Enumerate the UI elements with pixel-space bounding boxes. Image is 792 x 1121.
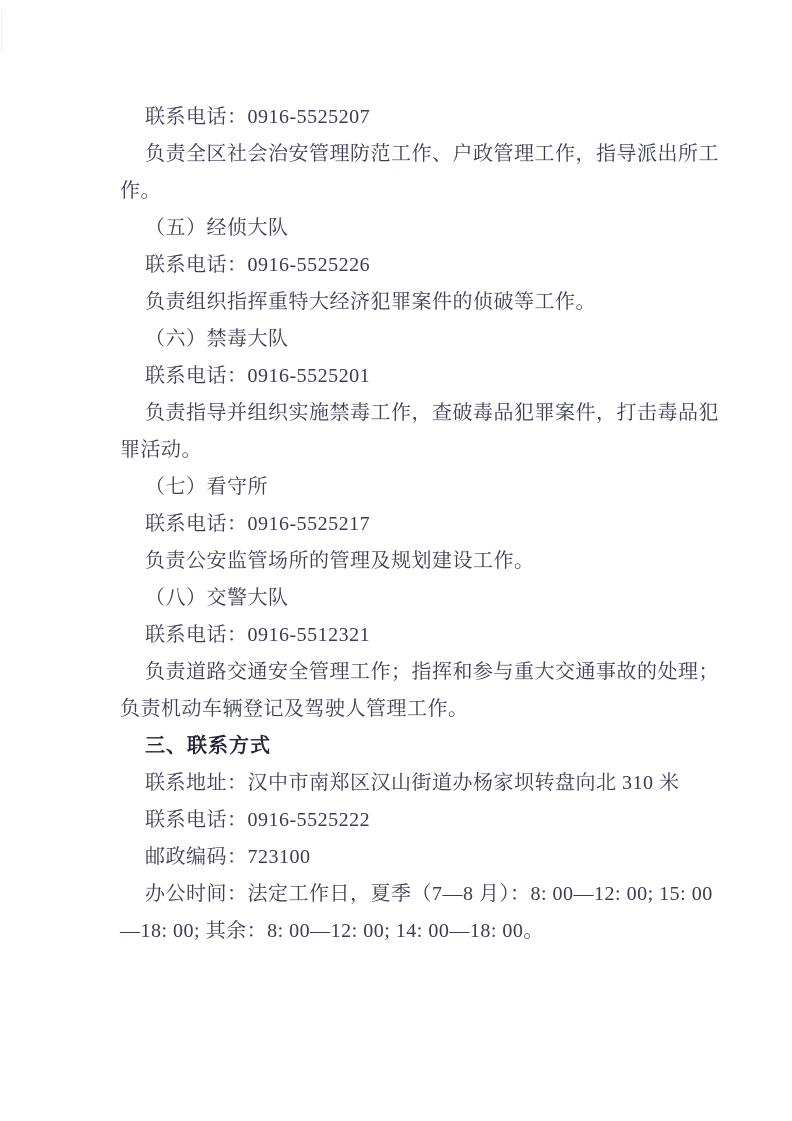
office-hours-line-2: —18: 00; 其余：8: 00—12: 00; 14: 00—18: 00。 — [120, 913, 673, 950]
dept-8-heading: （八）交警大队 — [120, 580, 673, 617]
dept-8-duty-line-1: 负责道路交通安全管理工作；指挥和参与重大交通事故的处理； — [120, 654, 673, 691]
dept-6-phone-line: 联系电话：0916-5525201 — [120, 358, 673, 395]
document-body: 联系电话：0916-5525207 负责全区社会治安管理防范工作、户政管理工作，… — [120, 99, 673, 950]
contact-phone-line: 联系电话：0916-5525222 — [120, 802, 673, 839]
dept-4-duty-line-2: 作。 — [120, 173, 673, 210]
dept-7-duty-line: 负责公安监管场所的管理及规划建设工作。 — [120, 543, 673, 580]
office-hours-line-1: 办公时间：法定工作日，夏季（7—8 月）：8: 00—12: 00; 15: 0… — [120, 876, 673, 913]
dept-6-duty-line-2: 罪活动。 — [120, 432, 673, 469]
dept-8-duty-line-2: 负责机动车辆登记及驾驶人管理工作。 — [120, 691, 673, 728]
dept-5-phone-line: 联系电话：0916-5525226 — [120, 247, 673, 284]
dept-5-heading: （五）经侦大队 — [120, 210, 673, 247]
dept-4-duty-line-1: 负责全区社会治安管理防范工作、户政管理工作，指导派出所工 — [120, 136, 673, 173]
dept-6-duty-line-1: 负责指导并组织实施禁毒工作，查破毒品犯罪案件，打击毒品犯 — [120, 395, 673, 432]
postal-code-line: 邮政编码：723100 — [120, 839, 673, 876]
dept-7-heading: （七）看守所 — [120, 469, 673, 506]
dept-6-heading: （六）禁毒大队 — [120, 321, 673, 358]
dept-8-phone-line: 联系电话：0916-5512321 — [120, 617, 673, 654]
dept-4-phone-line: 联系电话：0916-5525207 — [120, 99, 673, 136]
section-3-heading: 三、联系方式 — [120, 728, 673, 765]
dept-5-duty-line: 负责组织指挥重特大经济犯罪案件的侦破等工作。 — [120, 284, 673, 321]
page-edge-scan-mark — [1, 10, 2, 52]
dept-7-phone-line: 联系电话：0916-5525217 — [120, 506, 673, 543]
contact-address-line: 联系地址：汉中市南郑区汉山街道办杨家坝转盘向北 310 米 — [120, 765, 673, 802]
document-page: 联系电话：0916-5525207 负责全区社会治安管理防范工作、户政管理工作，… — [0, 0, 792, 1121]
